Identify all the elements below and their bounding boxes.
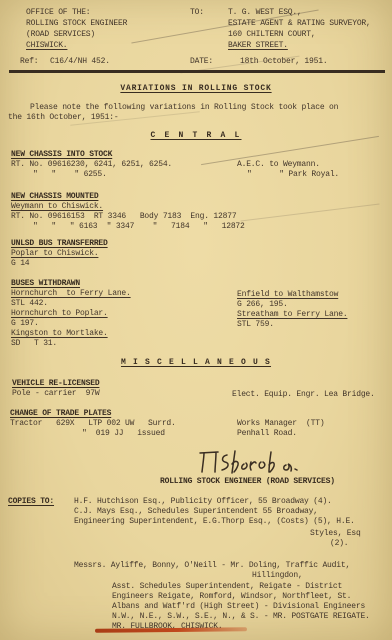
recipient-line4: BAKER STREET. (228, 41, 288, 51)
copies-line: (2). (330, 539, 348, 549)
office-line1: ROLLING STOCK ENGINEER (26, 19, 127, 29)
copies-line: Hillingdon, (252, 571, 303, 581)
copies-line: Engineering Superintendent, E.G.Thorp Es… (74, 517, 355, 527)
withdrawn-route: Enfield to Walthamstow (237, 290, 338, 300)
withdrawn-route: Hornchurch to Ferry Lane. (11, 289, 131, 299)
trade-plates-row2: " 019 JJ issued (82, 429, 165, 439)
intro-line1: Please note the following variations in … (30, 103, 338, 113)
withdrawn-route: Hornchurch to Poplar. (11, 309, 108, 319)
new-chassis-mounted-heading: NEW CHASSIS MOUNTED (11, 192, 98, 202)
withdrawn-value: SD T 31. (11, 339, 57, 349)
office-label: OFFICE OF THE: (26, 8, 90, 18)
unlsd-bus-transferred-value: G 14 (11, 259, 29, 269)
vehicle-relicensed-heading: VEHICLE RE-LICENSED (12, 379, 99, 389)
vehicle-relicensed-right: Elect. Equip. Engr. Lea Bridge. (232, 390, 375, 400)
ref-value: C16/4/NH 452. (50, 57, 110, 67)
trade-plates-row1: Tractor 629X LTP 002 UW Surrd. (10, 419, 176, 429)
header-divider (9, 70, 385, 73)
scanned-letter-page: OFFICE OF THE: ROLLING STOCK ENGINEER (R… (0, 0, 392, 640)
copies-line: Asst. Schedules Superintendent, Reigate … (112, 582, 342, 592)
recipient-line1: T. G. WEST ESQ., (228, 8, 302, 18)
withdrawn-route: Streatham to Ferry Lane. (237, 310, 347, 320)
to-label: TO: (190, 8, 204, 18)
recipient-line3: 160 CHILTERN COURT, (228, 30, 315, 40)
new-chassis-into-stock-heading: NEW CHASSIS INTO STOCK (11, 150, 112, 160)
copies-to-label: COPIES TO: (8, 497, 54, 507)
new-chassis-into-stock-row2-dest: " " Park Royal. (247, 170, 339, 180)
trade-plates-row2-right: Penhall Road. (237, 429, 297, 439)
buses-withdrawn-heading: BUSES WITHDRAWN (11, 279, 80, 289)
withdrawn-value: STL 442. (11, 299, 48, 309)
copies-line: Albans and Watf'rd (High Street) - Divis… (112, 602, 365, 612)
vehicle-relicensed-left: Pole - carrier 97W (12, 389, 99, 399)
new-chassis-mounted-row2: " " " 6163 " 3347 " 7184 " 12872 (33, 222, 245, 232)
new-chassis-into-stock-row1-dest: A.E.C. to Weymann. (237, 160, 320, 170)
withdrawn-value: G 197. (11, 319, 39, 329)
trade-plates-row1-right: Works Manager (TT) (237, 419, 324, 429)
copies-line: N.W., N.E., S.W., S.E., N., & S. - MR. P… (112, 612, 370, 622)
red-underline-mark (95, 627, 247, 633)
copies-line: C.J. Mays Esq., Schedules Superintendent… (74, 507, 318, 517)
unlsd-bus-transferred-heading: UNLSD BUS TRANSFERRED (11, 239, 108, 249)
withdrawn-route: Kingston to Mortlake. (11, 329, 108, 339)
signature-role: ROLLING STOCK ENGINEER (ROAD SERVICES) (160, 477, 335, 487)
date-value: 18th October, 1951. (240, 57, 327, 67)
new-chassis-into-stock-row1: RT. No. 09616230, 6241, 6251, 6254. (11, 160, 172, 170)
copies-line: Styles, Esq (310, 529, 361, 539)
office-line3: CHISWICK. (26, 41, 67, 51)
section-central-heading: C E N T R A L (0, 131, 392, 141)
signature (196, 449, 336, 477)
trade-plates-heading: CHANGE OF TRADE PLATES (10, 409, 111, 419)
doc-title: VARIATIONS IN ROLLING STOCK (0, 84, 392, 94)
date-label: DATE: (190, 57, 213, 67)
withdrawn-value: STL 759. (237, 320, 274, 330)
copies-line: Messrs. Ayliffe, Bonny, O'Neill - Mr. Do… (74, 561, 350, 571)
unlsd-bus-transferred-route: Poplar to Chiswick. (11, 249, 98, 259)
copies-line: Engineers Reigate, Romford, Windsor, Nor… (112, 592, 351, 602)
new-chassis-mounted-row1: RT. No. 09616153 RT 3346 Body 7183 Eng. … (11, 212, 236, 222)
new-chassis-into-stock-row2: " " " 6255. (33, 170, 107, 180)
scan-smudge (240, 203, 379, 221)
section-misc-heading: M I S C E L L A N E O U S (0, 358, 392, 368)
ref-label: Ref: (20, 57, 38, 67)
office-line2: (ROAD SERVICES) (26, 30, 95, 40)
copies-line: H.F. Hutchison Esq., Publicity Officer, … (74, 497, 332, 507)
withdrawn-value: G 266, 195. (237, 300, 288, 310)
intro-line2: the 16th October, 1951:- (8, 113, 118, 123)
recipient-line2: ESTATE AGENT & RATING SURVEYOR, (228, 19, 371, 29)
new-chassis-mounted-route: Weymann to Chiswick. (11, 202, 103, 212)
